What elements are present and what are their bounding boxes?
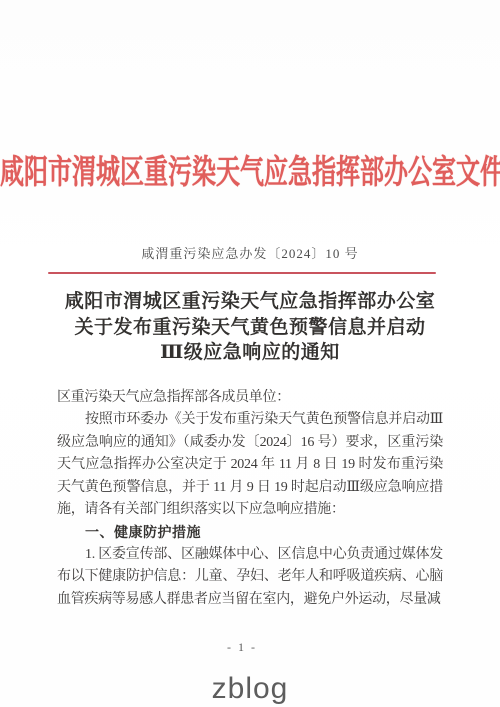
salutation: 区重污染天气应急指挥部各成员单位： [57,387,443,409]
document-title-line: 咸阳市渭城区重污染天气应急指挥部办公室 [30,289,470,315]
document-title-line: 关于发布重污染天气黄色预警信息并启动 [30,315,470,341]
watermark-logo: zblog [0,672,500,706]
document-body: 区重污染天气应急指挥部各成员单位： 按照市环委办《关于发布重污染天气黄色预警信息… [57,387,443,611]
letterhead-title: 咸阳市渭城区重污染天气应急指挥部办公室文件 [0,150,500,197]
doc-number: 咸渭重污染应急办发〔2024〕10 号 [0,243,500,262]
page-number: - 1 - [0,640,484,655]
body-paragraph: 按照市环委办《关于发布重污染天气黄色预警信息并启动Ⅲ级应急响应的通知》（咸委办发… [57,409,443,521]
document-title: 咸阳市渭城区重污染天气应急指挥部办公室关于发布重污染天气黄色预警信息并启动Ⅲ级应… [30,289,470,366]
document-page: 咸阳市渭城区重污染天气应急指挥部办公室文件 咸渭重污染应急办发〔2024〕10 … [0,0,500,707]
paragraphs: 按照市环委办《关于发布重污染天气黄色预警信息并启动Ⅲ级应急响应的通知》（咸委办发… [57,409,443,611]
section-heading: 一、健康防护措施 [57,521,443,543]
document-title-line: Ⅲ级应急响应的通知 [30,340,470,366]
body-paragraph: 1. 区委宣传部、区融媒体中心、区信息中心负责通过媒体发布以下健康防护信息：儿童… [57,544,443,611]
letterhead-divider-rule [48,272,436,274]
